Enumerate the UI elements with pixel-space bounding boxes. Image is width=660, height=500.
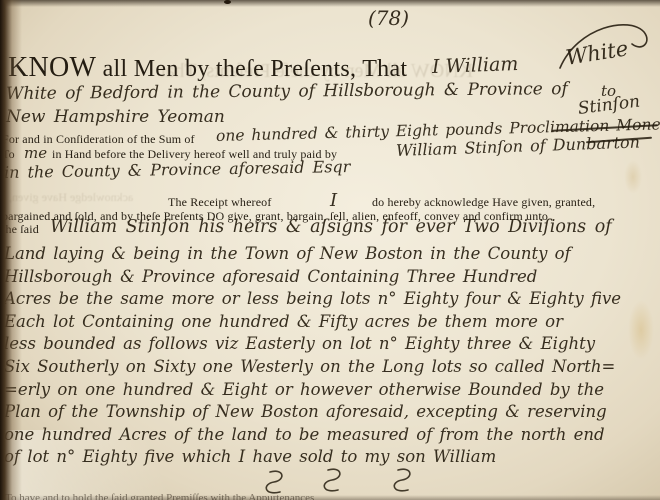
handwritten-deed-body: Land laying & being in the Town of New B…	[4, 243, 656, 469]
deed-body-line: Hillsborough & Province aforesaid Contai…	[4, 266, 656, 289]
handwritten-receipt-i: I	[330, 190, 337, 211]
heading-rest: all Men by theſe Preſents, That	[103, 56, 408, 82]
handwritten-line-occupation: New Hampshire Yeoman	[6, 107, 225, 127]
deed-body-line: Six Southerly on Sixty one Westerly on t…	[4, 356, 656, 379]
printed-bottom-partial: To have and to hold the ſaid granted Pre…	[5, 492, 314, 500]
deed-register-page: KNOW all Men by theſe Preſents, That ack…	[0, 0, 660, 500]
deed-body-line: one hundred Acres of the land to be meas…	[4, 424, 656, 447]
deed-body-line: =erly on one hundred & Eight or however …	[4, 379, 656, 402]
deed-body-line: Acres be the same more or less being lot…	[4, 288, 656, 311]
handwritten-grantee-line: William Stinſon his heirs & aſsigns for …	[50, 217, 612, 237]
deed-heading: KNOW all Men by theſe Preſents, That	[8, 52, 407, 84]
binding-edge	[0, 0, 22, 500]
deed-body-line: Each lot Containing one hundred & Fifty …	[4, 311, 656, 334]
printed-receipt-pre: The Receipt whereof	[168, 195, 271, 210]
ink-speck	[224, 0, 231, 4]
printed-receipt-post: do hereby acknowledge Have given, grante…	[372, 195, 595, 210]
page-top-edge-shadow	[0, 0, 660, 7]
page-number: (78)	[368, 6, 409, 30]
handwritten-me: me	[24, 144, 47, 162]
grantor-name-insert: I William	[432, 53, 519, 78]
paper-stain	[624, 160, 642, 194]
deed-body-line: Land laying & being in the Town of New B…	[4, 243, 656, 266]
margin-index-grantee: Stinſon	[577, 91, 641, 118]
deed-body-line: Plan of the Township of New Boston afore…	[4, 401, 656, 424]
handwritten-line-residence: White of Bedford in the County of Hillsb…	[6, 79, 568, 104]
deed-body-line: less bounded as follows viz Easterly on …	[4, 333, 656, 356]
